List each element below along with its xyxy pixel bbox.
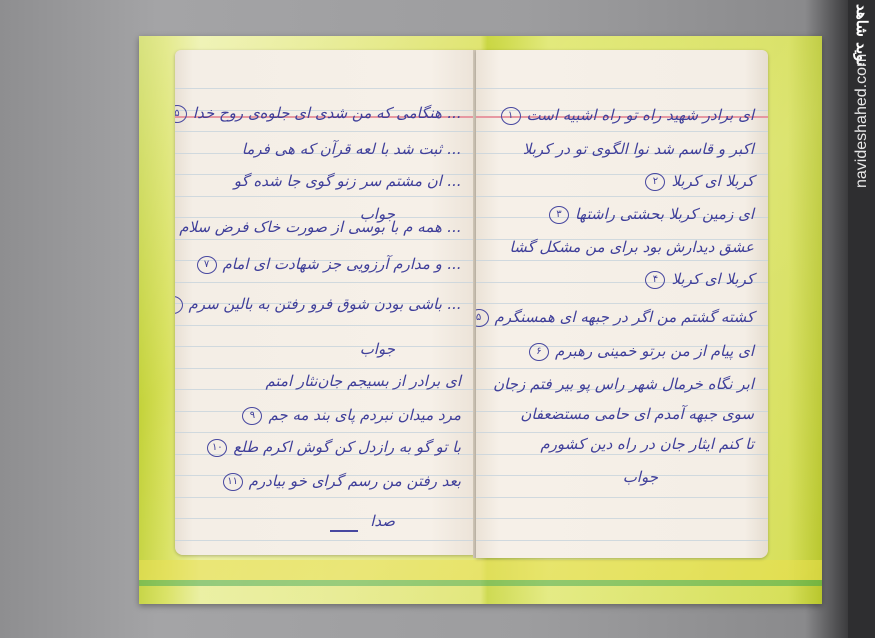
line-text: ... ان مشتم سر زنو گوی جا شده گو xyxy=(234,172,461,190)
ruled-line xyxy=(476,368,768,369)
line-text: سوی جبهه آمدم ای حامی مستضعفان xyxy=(520,405,754,423)
verse-number-circle: ۱۰ xyxy=(207,439,227,457)
handwritten-line: ای برادر از بسیجم جان‌نثار امتم xyxy=(265,372,461,390)
verse-number-circle: ۹ xyxy=(242,407,262,425)
line-text: جواب xyxy=(360,340,395,358)
handwritten-line: مرد میدان نبردم پای بند مه جم۹ xyxy=(242,406,461,425)
ruled-line xyxy=(476,131,768,132)
line-text: ای برادر شهید راه تو راه اشبیه است xyxy=(527,106,754,124)
ruled-line xyxy=(476,432,768,433)
ruled-line xyxy=(476,518,768,519)
verse-number-circle: ۴ xyxy=(645,271,665,289)
line-text: ... باشی بودن شوق فرو رفتن به بالین سرم xyxy=(189,295,462,313)
ruled-line xyxy=(476,454,768,455)
verse-number-circle: ۱۱ xyxy=(223,473,243,491)
line-text: ای پیام از من برتو خمینی رهبرم xyxy=(555,342,754,360)
handwritten-line: ... ثبت شد با لعه قرآن که هی فرما xyxy=(242,140,461,158)
ruled-line xyxy=(476,260,768,261)
handwritten-line: ... همه م با بوسی از صورت خاک فرض سلام۶ xyxy=(175,218,461,237)
line-text: کربلا ای کربلا xyxy=(671,172,754,190)
handwritten-line: جواب xyxy=(360,340,395,358)
handwritten-line: کشته گشتم من اگر در جبهه ای همسنگرم۵ xyxy=(476,308,754,327)
ruled-line xyxy=(175,432,475,433)
line-text: اکبر و قاسم شد نوا الگوی تو در کربلا xyxy=(523,140,754,158)
handwritten-line: ... هنگامی که من شدی ای جلوه‌ی روح خدا۵ xyxy=(175,104,461,123)
ruled-line xyxy=(175,497,475,498)
ruled-line xyxy=(476,303,768,304)
handwritten-line: بعد رفتن من رسم گرای خو بیادرم۱۱ xyxy=(223,472,461,491)
ruled-line xyxy=(175,196,475,197)
ruled-line xyxy=(175,368,475,369)
handwritten-line: تا کنم ایثار جان در راه دین کشورم xyxy=(540,435,754,453)
line-text: جواب xyxy=(623,468,658,486)
ruled-line xyxy=(175,239,475,240)
handwritten-line: جواب xyxy=(623,468,658,486)
ruled-line xyxy=(175,88,475,89)
line-text: ... و مدارم آرزویی جز شهادت ای امام xyxy=(223,255,461,273)
ruled-line xyxy=(476,88,768,89)
line-text: ... ثبت شد با لعه قرآن که هی فرما xyxy=(242,140,461,158)
handwritten-line: کربلا ای کربلا۴ xyxy=(645,270,754,289)
line-text: ابر نگاه خرمال شهر راس پو بیر فتم زجان xyxy=(493,375,754,393)
line-text: کربلا ای کربلا xyxy=(671,270,754,288)
verse-number-circle: ۱ xyxy=(501,107,521,125)
ruled-line xyxy=(175,518,475,519)
verse-number-circle: ۷ xyxy=(197,256,217,274)
line-text: بعد رفتن من رسم گرای خو بیادرم xyxy=(249,472,461,490)
ruled-line xyxy=(175,325,475,326)
handwritten-line: ای زمین کربلا بحشتی راشتها۳ xyxy=(549,205,754,224)
ruled-line xyxy=(476,196,768,197)
handwritten-line: ... ان مشتم سر زنو گوی جا شده گو xyxy=(234,172,461,190)
line-text: کشته گشتم من اگر در جبهه ای همسنگرم xyxy=(495,308,754,326)
handwritten-line: ... و مدارم آرزویی جز شهادت ای امام۷ xyxy=(197,255,461,274)
watermark-url: navideshahed.com xyxy=(853,48,871,188)
handwritten-line: صدا xyxy=(370,512,395,530)
handwritten-line: ابر نگاه خرمال شهر راس پو بیر فتم زجان xyxy=(493,375,754,393)
handwritten-line: کربلا ای کربلا۲ xyxy=(645,172,754,191)
signature-underline xyxy=(330,530,358,532)
line-text: صدا xyxy=(370,512,395,530)
handwritten-line: عشق دیدارش بود برای من مشکل گشا xyxy=(510,238,754,256)
watermark-strip: نوید شاهد navideshahed.com xyxy=(848,0,875,638)
line-text: ای زمین کربلا بحشتی راشتها xyxy=(575,205,754,223)
handwritten-line: ای برادر شهید راه تو راه اشبیه است۱ xyxy=(501,106,754,125)
line-text: ... همه م با بوسی از صورت خاک فرض سلام xyxy=(179,218,461,236)
ruled-line xyxy=(175,282,475,283)
right-page: ای برادر شهید راه تو راه اشبیه است۱اکبر … xyxy=(476,50,768,558)
line-text: تا کنم ایثار جان در راه دین کشورم xyxy=(540,435,754,453)
verse-number-circle: ۶ xyxy=(529,343,549,361)
ruled-line xyxy=(175,131,475,132)
ruled-line xyxy=(476,540,768,541)
verse-number-circle: ۵ xyxy=(476,309,489,327)
line-text: عشق دیدارش بود برای من مشکل گشا xyxy=(510,238,754,256)
handwritten-line: ... باشی بودن شوق فرو رفتن به بالین سرم۸ xyxy=(175,295,461,314)
line-text: ای برادر از بسیجم جان‌نثار امتم xyxy=(265,372,461,390)
line-text: ... هنگامی که من شدی ای جلوه‌ی روح خدا xyxy=(193,104,461,122)
left-page: ... هنگامی که من شدی ای جلوه‌ی روح خدا۵.… xyxy=(175,50,475,555)
verse-number-circle: ۲ xyxy=(645,173,665,191)
handwritten-line: ای پیام از من برتو خمینی رهبرم۶ xyxy=(529,342,754,361)
verse-number-circle: ۵ xyxy=(175,105,187,123)
ruled-line xyxy=(175,346,475,347)
handwritten-line: سوی جبهه آمدم ای حامی مستضعفان xyxy=(520,405,754,423)
line-text: با تو گو به رازدل کن گوش اکرم طلع xyxy=(233,438,461,456)
line-text: مرد میدان نبردم پای بند مه جم xyxy=(268,406,461,424)
ruled-line xyxy=(476,497,768,498)
verse-number-circle: ۸ xyxy=(175,296,183,314)
handwritten-line: اکبر و قاسم شد نوا الگوی تو در کربلا xyxy=(523,140,754,158)
ruled-line xyxy=(175,540,475,541)
handwritten-line: با تو گو به رازدل کن گوش اکرم طلع۱۰ xyxy=(207,438,461,457)
verse-number-circle: ۳ xyxy=(549,206,569,224)
